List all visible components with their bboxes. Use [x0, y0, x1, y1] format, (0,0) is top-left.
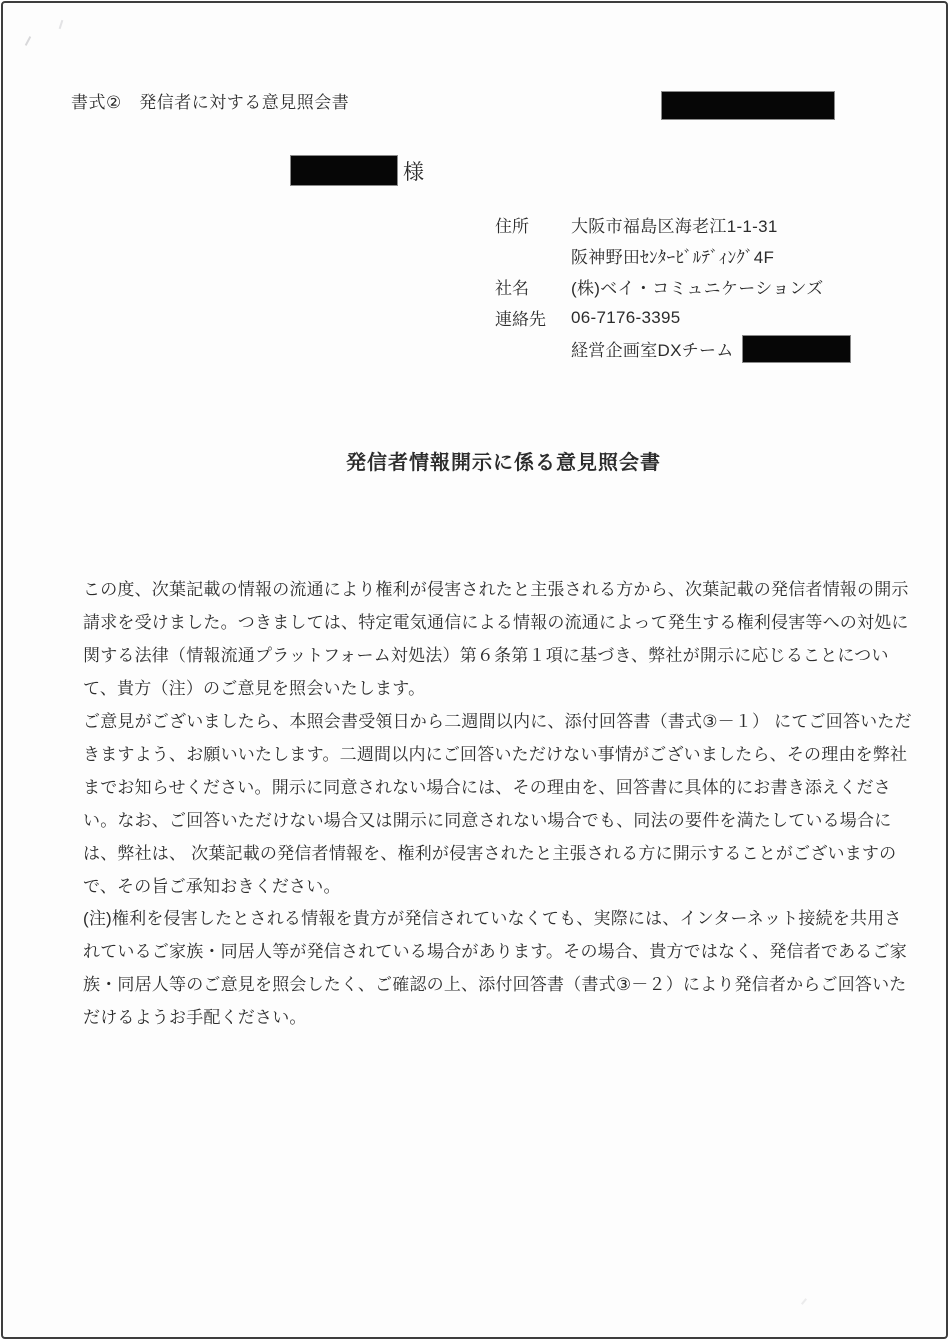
text-line: 請求を受けました。つきましては、特定電気通信による情報の流通によって発生する権利…	[83, 606, 883, 639]
redacted-contact-person	[742, 335, 851, 363]
info-row-contact: 連絡先 06-7176-3395	[495, 302, 851, 333]
contact-label: 連絡先	[495, 305, 571, 330]
text-line: までお知らせください。開示に同意されない場合には、その理由を、回答書に具体的にお…	[83, 771, 883, 804]
info-row-address: 住所 大阪市福島区海老江1-1-31	[495, 209, 851, 240]
text-line: 関する法律（情報流通プラットフォーム対処法）第６条第１項に基づき、弊社が開示に応…	[83, 639, 883, 672]
scan-artifact	[801, 1298, 807, 1305]
text-line: い。なお、ご回答いただけない場合又は開示に同意されない場合でも、同法の要件を満た…	[83, 804, 883, 837]
team-value: 経営企画室DXチーム	[571, 336, 734, 361]
text-line: れているご家族・同居人等が発信されている場合があります。その場合、貴方ではなく、…	[83, 935, 883, 968]
info-row-company: 社名 (株)ベイ・コミュニケーションズ	[495, 271, 851, 302]
scanned-document-page: 書式② 発信者に対する意見照会書 様 住所 大阪市福島区海老江1-1-31 阪神…	[0, 0, 949, 1340]
sender-info-block: 住所 大阪市福島区海老江1-1-31 阪神野田ｾﾝﾀｰﾋﾞﾙﾃﾞｨﾝｸﾞ4F 社…	[495, 209, 851, 364]
document-title: 発信者情報開示に係る意見照会書	[3, 446, 949, 475]
info-row-building: 阪神野田ｾﾝﾀｰﾋﾞﾙﾃﾞｨﾝｸﾞ4F	[495, 240, 851, 271]
text-line: だけるようお手配ください。	[83, 1001, 883, 1034]
text-line: ご意見がございましたら、本照会書受領日から二週間以内に、添付回答書（書式③－１）…	[83, 705, 883, 738]
addressee-honorific: 様	[403, 156, 425, 186]
text-line: (注)権利を侵害したとされる情報を貴方が発信されていなくても、実際には、インター…	[83, 902, 883, 935]
company-value: (株)ベイ・コミュニケーションズ	[571, 274, 824, 299]
company-label: 社名	[495, 274, 571, 299]
body-paragraph-note: (注)権利を侵害したとされる情報を貴方が発信されていなくても、実際には、インター…	[83, 902, 883, 1034]
contact-value: 06-7176-3395	[571, 308, 680, 328]
building-value: 阪神野田ｾﾝﾀｰﾋﾞﾙﾃﾞｨﾝｸﾞ4F	[571, 243, 774, 268]
text-line: は、弊社は、 次葉記載の発信者情報を、権利が侵害されたと主張される方に開示するこ…	[83, 837, 883, 870]
body-paragraph-request: この度、次葉記載の情報の流通により権利が侵害されたと主張される方から、次葉記載の…	[83, 573, 883, 705]
text-line: この度、次葉記載の情報の流通により権利が侵害されたと主張される方から、次葉記載の…	[83, 573, 883, 606]
text-line: て、貴方（注）のご意見を照会いたします。	[83, 672, 883, 705]
scan-artifact	[25, 36, 31, 46]
paper-sheet: 書式② 発信者に対する意見照会書 様 住所 大阪市福島区海老江1-1-31 阪神…	[1, 1, 948, 1339]
text-line: で、その旨ご承知おきください。	[83, 870, 883, 903]
form-number-label: 書式② 発信者に対する意見照会書	[71, 88, 349, 113]
scan-artifact	[59, 20, 64, 29]
info-row-team: 経営企画室DXチーム	[495, 333, 851, 364]
address-value: 大阪市福島区海老江1-1-31	[571, 212, 778, 237]
addressee-row: 様	[290, 155, 425, 186]
body-paragraph-instructions: ご意見がございましたら、本照会書受領日から二週間以内に、添付回答書（書式③－１）…	[83, 705, 883, 903]
address-label: 住所	[495, 212, 571, 237]
text-line: きますよう、お願いいたします。二週間以内にご回答いただけない事情がございましたら…	[83, 738, 883, 771]
redacted-reference-box	[661, 91, 835, 120]
redacted-recipient-name	[290, 155, 398, 186]
text-line: 族・同居人等のご意見を照会したく、ご確認の上、添付回答書（書式③－２）により発信…	[83, 968, 883, 1001]
